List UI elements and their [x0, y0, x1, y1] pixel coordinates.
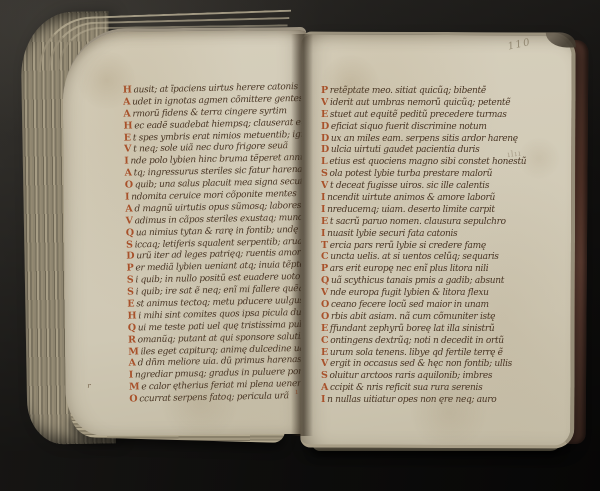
line-initial: O — [129, 394, 137, 405]
manuscript-photo: Hausit; at ĩpaciens uirtus herere catoni… — [0, 0, 600, 491]
line-initial: A — [321, 382, 328, 393]
manuscript-line: Incendit uirtute animos & amore laborũ — [321, 192, 553, 204]
line-initial: S — [321, 168, 328, 179]
line-text: n nullas uitiatur opes non ęre neq; auro — [327, 395, 496, 405]
line-text: ola potest lybie turba prestare malorũ — [330, 169, 493, 179]
line-initial: D — [321, 144, 329, 155]
line-text: t deceat fugisse uiros. sic ille calenti… — [330, 181, 489, 191]
manuscript-line: Sola potest lybie turba prestare malorũ — [321, 168, 553, 180]
line-initial: A — [123, 96, 130, 107]
line-initial: Q — [128, 322, 136, 333]
manuscript-line: Dulcia uirtuti gaudet pacientia duris — [321, 144, 553, 156]
manuscript-line: Deficiat siquo fuerit discrimine notum — [321, 121, 553, 133]
line-initial: L — [321, 156, 327, 167]
line-initial: E — [321, 216, 328, 227]
line-initial: A — [124, 168, 131, 179]
line-initial: V — [124, 144, 131, 155]
line-initial: P — [126, 263, 133, 274]
manuscript-line: Et sacrũ paruo nomen. clausura sepulchro — [321, 216, 553, 228]
line-initial: P — [321, 263, 328, 274]
line-initial: C — [321, 251, 328, 262]
line-initial: H — [127, 310, 136, 321]
line-text: retẽptate meo. sitiat quicũq; bibentẽ — [330, 86, 486, 96]
line-initial: V — [321, 97, 328, 108]
manuscript-line: Pretẽptate meo. sitiat quicũq; bibentẽ — [321, 85, 553, 97]
line-initial: E — [124, 132, 131, 143]
manuscript-line: Soluitur arctoos raris aquilonib; imbres — [321, 370, 553, 382]
manuscript-line: Contingens dextrũq; noti n decedit in or… — [321, 335, 553, 347]
line-text: ccipit & nris reficit sua rura serenis — [330, 383, 482, 393]
line-initial: Q — [321, 275, 329, 286]
line-initial: H — [123, 120, 132, 131]
line-initial: E — [321, 109, 328, 120]
manuscript-line: Tercia pars rerũ lybie si credere famę — [321, 240, 553, 252]
line-text: ncendit uirtute animos & amore laborũ — [327, 193, 495, 203]
line-initial: V — [321, 358, 328, 369]
line-text: eficiat siquo fuerit discrimine notum — [331, 122, 487, 132]
manuscript-line: Dux an miles eam. serpens sitis ardor ha… — [321, 133, 553, 145]
line-initial: I — [125, 192, 129, 203]
line-text: nuasit lybie securi fata catonis — [327, 229, 457, 239]
line-text: uncta uelis. at si uentos celũq; sequari… — [330, 252, 498, 262]
line-text: nreducemq; uiam. deserto limite carpit — [327, 205, 495, 215]
left-line-end-mark: ı — [295, 387, 298, 396]
line-initial: R — [128, 334, 136, 345]
manuscript-line: Occurrat serpens fatoq; pericula urã — [129, 390, 307, 406]
line-initial: I — [124, 156, 128, 167]
line-text: nde europa fugit lybien & litora flexu — [330, 288, 489, 298]
line-text: stuet aut equitẽ peditũ precedere turmas — [330, 110, 507, 120]
line-initial: O — [321, 299, 329, 310]
line-initial: T — [321, 240, 328, 251]
line-text: etius est quociens magno sibi constet ho… — [329, 157, 526, 167]
line-initial: S — [127, 287, 134, 298]
manuscript-line: Cuncta uelis. at si uentos celũq; sequar… — [321, 251, 553, 263]
folio-number: 110 — [507, 37, 532, 53]
line-text: iderit aut umbras nemorũ quicũq; petentẽ — [330, 98, 510, 108]
manuscript-line: Viderit aut umbras nemorũ quicũq; petent… — [321, 97, 553, 109]
line-text: ercia pars rerũ lybie si credere famę — [330, 241, 486, 251]
line-text: oluitur arctoos raris aquilonib; imbres — [330, 371, 493, 381]
line-text: ontingens dextrũq; noti n decedit in ort… — [330, 336, 504, 346]
line-initial: S — [321, 370, 328, 381]
manuscript-line: Estuet aut equitẽ peditũ precedere turma… — [321, 109, 553, 121]
manuscript-line: Vnde europa fugit lybien & litora flexu — [321, 287, 553, 299]
manuscript-line: Vergit in occasus sed & hęc non fontib; … — [321, 358, 553, 370]
line-initial: D — [321, 121, 329, 132]
line-initial: V — [321, 287, 328, 298]
line-text: uã scythicus tanais pmis a gadib; absunt — [331, 276, 504, 286]
line-text: ccurrat serpens fatoq; pericula urã — [139, 391, 289, 404]
line-initial: O — [125, 180, 133, 191]
left-page: Hausit; at ĩpaciens uirtus herere catoni… — [62, 27, 310, 436]
line-initial: E — [127, 298, 134, 309]
right-page: 110 ılıı Pretẽptate meo. sitiat quicũq; … — [300, 32, 575, 449]
line-initial: M — [128, 346, 138, 357]
manuscript-line: Inreducemq; uiam. deserto limite carpit — [321, 204, 553, 216]
line-initial: M — [129, 382, 139, 393]
manuscript-line: Accipit & nris reficit sua rura serenis — [321, 382, 553, 394]
line-text: ulcia uirtuti gaudet pacientia duris — [331, 145, 480, 155]
line-initial: V — [321, 180, 328, 191]
manuscript-line: Vt deceat fugisse uiros. sic ille calent… — [321, 180, 553, 192]
line-initial: I — [321, 228, 325, 239]
line-initial: V — [125, 215, 132, 226]
manuscript-line: Orbis abit asiam. nã cum cõmuniter istę — [321, 311, 553, 323]
manuscript-line: Pars erit europę nec enĩ plus litora nil… — [321, 263, 553, 275]
line-text: ffundant zephyrũ boreę lat illa sinistrũ — [330, 324, 494, 334]
left-margin-mark: r — [87, 382, 90, 390]
line-initial: E — [321, 323, 328, 334]
line-initial: A — [125, 203, 132, 214]
line-text: ceano fecere locũ sed maior in unam — [331, 300, 489, 310]
line-text: ux an miles eam. serpens sitis ardor har… — [331, 134, 518, 144]
line-initial: D — [126, 251, 134, 262]
right-page-text-column: Pretẽptate meo. sitiat quicũq; bibentẽVi… — [321, 85, 553, 415]
line-initial: P — [321, 85, 328, 96]
line-initial: I — [321, 204, 325, 215]
manuscript-line: Oceano fecere locũ sed maior in unam — [321, 299, 553, 311]
line-initial: C — [321, 335, 328, 346]
line-initial: I — [129, 370, 133, 381]
line-text: rbis abit asiam. nã cum cõmuniter istę — [331, 312, 495, 322]
manuscript-line: Inuasit lybie securi fata catonis — [321, 228, 553, 240]
line-initial: D — [321, 133, 329, 144]
line-initial: A — [128, 358, 135, 369]
line-initial: O — [321, 311, 329, 322]
manuscript-line: Letius est quociens magno sibi constet h… — [321, 156, 553, 168]
manuscript-line: Quã scythicus tanais pmis a gadib; absun… — [321, 275, 553, 287]
left-page-text-column: Hausit; at ĩpaciens uirtus herere catoni… — [123, 81, 308, 411]
line-initial: Q — [126, 227, 134, 238]
line-initial: A — [123, 108, 130, 119]
line-initial: I — [321, 192, 325, 203]
manuscript-line: In nullas uitiatur opes non ęre neq; aur… — [321, 394, 553, 406]
line-initial: S — [127, 275, 134, 286]
line-text: urum sola tenens. libye qd fertile terrę… — [330, 348, 503, 358]
manuscript-line: Eurum sola tenens. libye qd fertile terr… — [321, 347, 553, 359]
line-text: ars erit europę nec enĩ plus litora nili — [330, 264, 488, 274]
line-text: ergit in occasus sed & hęc non fontib; u… — [330, 359, 512, 369]
line-initial: H — [123, 84, 132, 95]
manuscript-line: Effundant zephyrũ boreę lat illa sinistr… — [321, 323, 553, 335]
line-text: t sacrũ paruo nomen. clausura sepulchro — [330, 217, 506, 227]
line-initial: I — [321, 394, 325, 405]
line-initial: E — [321, 347, 328, 358]
line-initial: S — [126, 239, 133, 250]
